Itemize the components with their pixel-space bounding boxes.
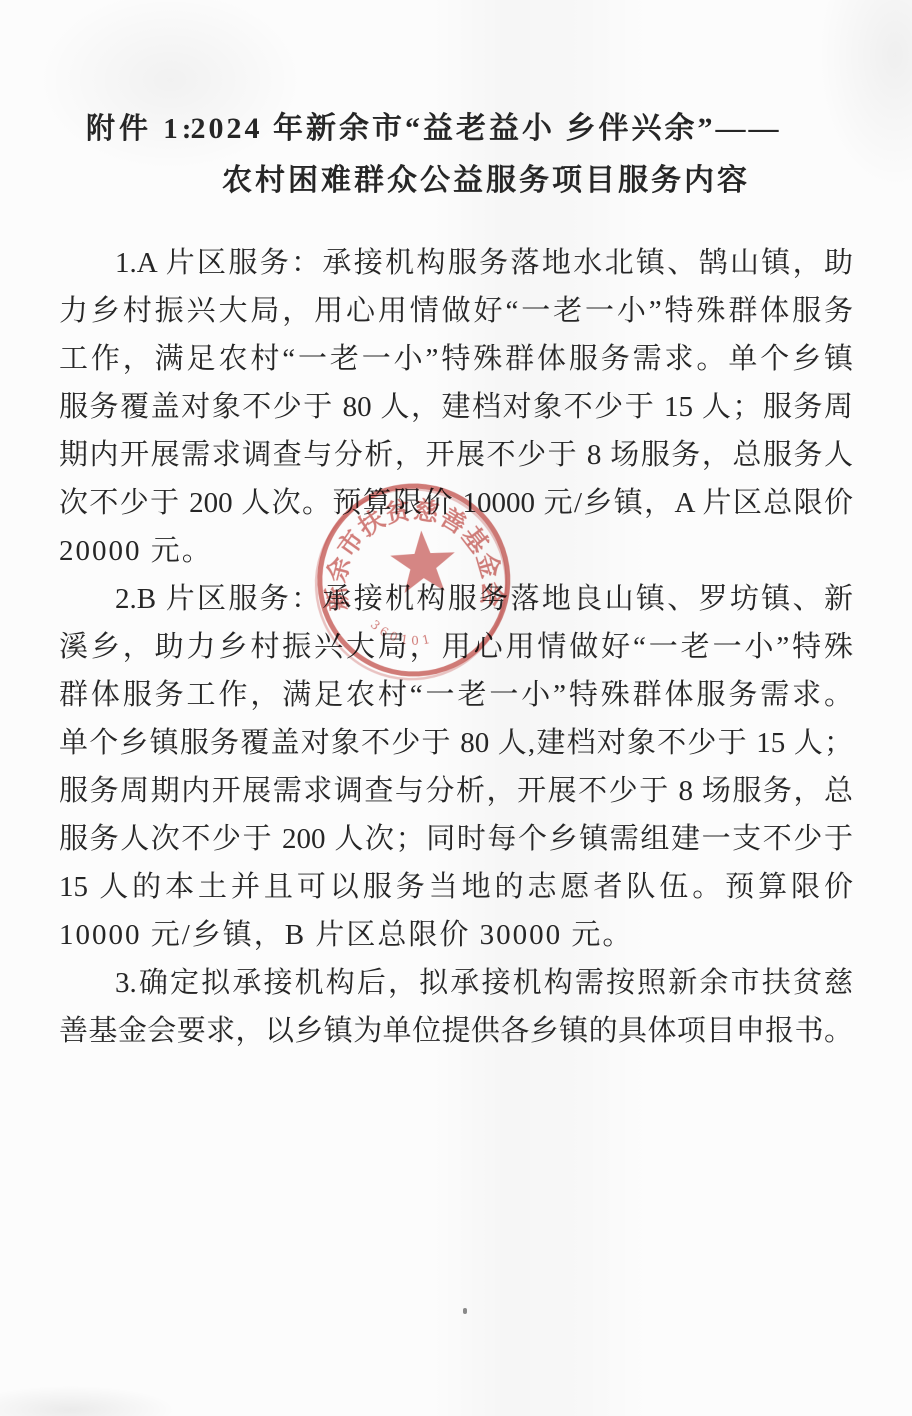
text-line: 力乡村振兴大局，用心用情做好“一老一小”特殊群体服务: [59, 287, 853, 335]
document-body: 1.A 片区服务：承接机构服务落地水北镇、鹄山镇，助 力乡村振兴大局，用心用情做…: [59, 239, 853, 1055]
text-line: 期内开展需求调查与分析，开展不少于 8 场服务，总服务人: [59, 431, 853, 479]
text-line: 15 人的本土并且可以服务当地的志愿者队伍。预算限价: [59, 863, 853, 911]
scan-artifact-dot: [463, 1308, 467, 1314]
document-title: 2024 年新余市“益老益小 乡伴兴余”—— 农村困难群众公益服务项目服务内容: [120, 103, 852, 207]
text-line: 服务人次不少于 200 人次；同时每个乡镇需组建一支不少于: [59, 815, 853, 863]
text-line: 10000 元/乡镇，B 片区总限价 30000 元。: [59, 911, 853, 959]
text-line: 服务覆盖对象不少于 80 人，建档对象不少于 15 人；服务周: [59, 383, 853, 431]
text-line: 3.确定拟承接机构后，拟承接机构需按照新余市扶贫慈: [59, 959, 853, 1007]
text-line: 2.B 片区服务：承接机构服务落地良山镇、罗坊镇、新: [59, 575, 853, 623]
scanned-document-page: 附件 1: 2024 年新余市“益老益小 乡伴兴余”—— 农村困难群众公益服务项…: [0, 0, 912, 1416]
text-line: 次不少于 200 人次。预算限价 10000 元/乡镇，A 片区总限价: [59, 479, 853, 527]
text-line: 服务周期内开展需求调查与分析，开展不少于 8 场服务，总: [59, 767, 853, 815]
text-line: 20000 元。: [59, 527, 853, 575]
text-line: 群体服务工作，满足农村“一老一小”特殊群体服务需求。: [59, 671, 853, 719]
title-line-2: 农村困难群众公益服务项目服务内容: [120, 155, 852, 207]
text-line: 善基金会要求，以乡镇为单位提供各乡镇的具体项目申报书。: [59, 1007, 853, 1055]
text-line: 单个乡镇服务覆盖对象不少于 80 人,建档对象不少于 15 人；: [59, 719, 853, 767]
text-line: 工作，满足农村“一老一小”特殊群体服务需求。单个乡镇: [59, 335, 853, 383]
text-line: 溪乡，助力乡村振兴大局，用心用情做好“一老一小”特殊: [59, 623, 853, 671]
text-line: 1.A 片区服务：承接机构服务落地水北镇、鹄山镇，助: [59, 239, 853, 287]
title-line-1: 2024 年新余市“益老益小 乡伴兴余”——: [120, 103, 852, 155]
